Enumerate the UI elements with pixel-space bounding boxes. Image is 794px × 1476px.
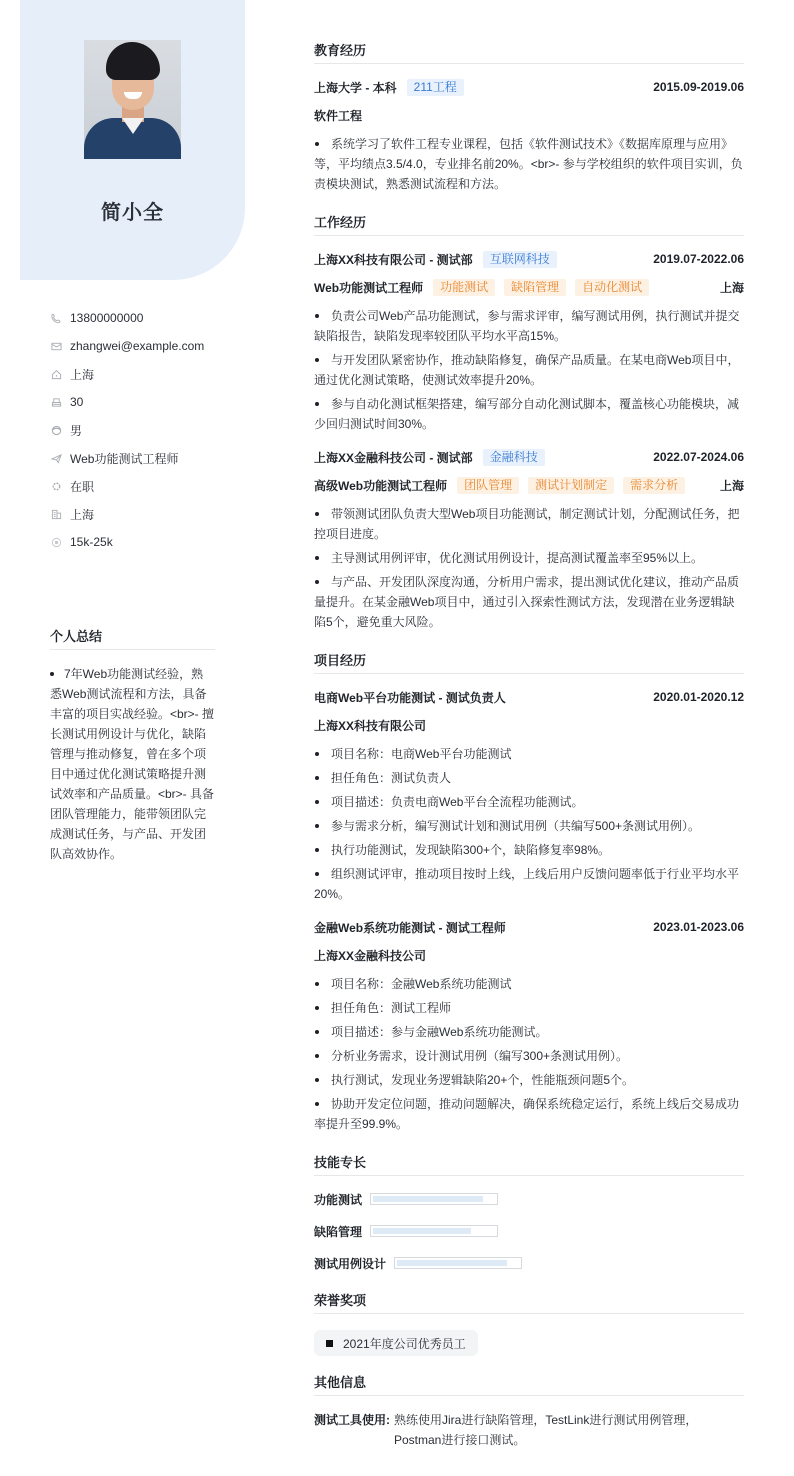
company-name: 上海XX科技有限公司 - 测试部	[314, 251, 473, 268]
project-name: 金融Web系统功能测试 - 测试工程师	[314, 919, 506, 936]
list-item: 执行功能测试，发现缺陷300+个，缺陷修复率98%。	[314, 840, 744, 860]
work-date: 2019.07-2022.06	[653, 252, 744, 266]
building-icon	[50, 508, 62, 520]
list-item: 担任角色：测试工程师	[314, 998, 744, 1018]
skill-name: 缺陷管理	[314, 1223, 362, 1240]
work-location: 上海	[720, 477, 744, 494]
list-item: 执行测试，发现业务逻辑缺陷20+个，性能瓶颈问题5个。	[314, 1070, 744, 1090]
salary-icon	[50, 536, 62, 548]
education-date: 2015.09-2019.06	[653, 80, 744, 94]
award-label: 2021年度公司优秀员工	[343, 1335, 466, 1352]
other-section: 其他信息 测试工具使用: 熟练使用Jira进行缺陷管理，TestLink进行测试…	[314, 1372, 744, 1450]
other-value: 熟练使用Jira进行缺陷管理，TestLink进行测试用例管理，Postman进…	[390, 1410, 744, 1450]
list-item: 与产品、开发团队深度沟通，分析用户需求，提出测试优化建议，推动产品质量提升。在某…	[314, 572, 744, 632]
square-bullet-icon	[326, 1340, 333, 1347]
contact-location-value: 上海	[70, 366, 94, 383]
skill-row: 测试用例设计	[314, 1254, 744, 1272]
awards-title: 荣誉奖项	[314, 1290, 744, 1314]
skill-bar-fill	[373, 1228, 471, 1234]
contact-city: 上海	[50, 500, 240, 528]
work-header: 上海XX科技有限公司 - 测试部 互联网科技 2019.07-2022.06	[314, 250, 744, 268]
contact-gender: 男	[50, 416, 240, 444]
gender-icon	[50, 424, 62, 436]
list-item: 与开发团队紧密协作，推动缺陷修复，确保产品质量。在某电商Web项目中，通过优化测…	[314, 350, 744, 390]
industry-tag: 金融科技	[483, 449, 545, 466]
list-item: 带领测试团队负责大型Web项目功能测试，制定测试计划，分配测试任务，把控项目进度…	[314, 504, 744, 544]
project-date: 2023.01-2023.06	[653, 920, 744, 934]
skill-tag: 团队管理	[457, 477, 519, 494]
company-name: 上海XX金融科技公司 - 测试部	[314, 449, 473, 466]
contact-salary: 15k-25k	[50, 528, 240, 556]
project-name: 电商Web平台功能测试 - 测试负责人	[314, 689, 506, 706]
skill-name: 功能测试	[314, 1191, 362, 1208]
work-bullets: 带领测试团队负责大型Web项目功能测试，制定测试计划，分配测试任务，把控项目进度…	[314, 504, 744, 632]
contact-phone-value: 13800000000	[70, 311, 143, 325]
send-icon	[50, 452, 62, 464]
contact-salary-value: 15k-25k	[70, 535, 113, 549]
contact-city-value: 上海	[70, 506, 94, 523]
contact-list: 13800000000 zhangwei@example.com 上海 30 男…	[50, 304, 240, 556]
skills-section: 技能专长 功能测试 缺陷管理 测试用例设计	[314, 1152, 744, 1272]
education-major-row: 软件工程	[314, 106, 744, 124]
list-item: 分析业务需求，设计测试用例（编写300+条测试用例）。	[314, 1046, 744, 1066]
list-item: 项目描述：参与金融Web系统功能测试。	[314, 1022, 744, 1042]
contact-gender-value: 男	[70, 422, 82, 439]
list-item: 协助开发定位问题，推动问题解决，确保系统稳定运行，系统上线后交易成功率提升至99…	[314, 1094, 744, 1134]
contact-location: 上海	[50, 360, 240, 388]
skill-tag: 缺陷管理	[504, 279, 566, 296]
list-item: 项目描述：负责电商Web平台全流程功能测试。	[314, 792, 744, 812]
bullet-icon	[50, 672, 54, 676]
work-bullets: 负责公司Web产品功能测试，参与需求评审，编写测试用例，执行测试并提交缺陷报告，…	[314, 306, 744, 434]
profile-panel	[20, 0, 245, 280]
skill-bar-fill	[397, 1260, 507, 1266]
project-company-row: 上海XX科技有限公司	[314, 716, 744, 734]
work-item: 上海XX科技有限公司 - 测试部 互联网科技 2019.07-2022.06 W…	[314, 250, 744, 434]
summary-title: 个人总结	[50, 626, 215, 650]
work-location: 上海	[720, 279, 744, 296]
phone-icon	[50, 312, 62, 324]
job-role: 高级Web功能测试工程师	[314, 477, 447, 494]
skill-bar	[394, 1257, 522, 1269]
skill-bar-fill	[373, 1196, 483, 1202]
contact-status-value: 在职	[70, 478, 94, 495]
skill-row: 功能测试	[314, 1190, 744, 1208]
list-item: 参与自动化测试框架搭建，编写部分自动化测试脚本，覆盖核心功能模块，减少回归测试时…	[314, 394, 744, 434]
list-item: 主导测试用例评审，优化测试用例设计，提高测试覆盖率至95%以上。	[314, 548, 744, 568]
project-header: 金融Web系统功能测试 - 测试工程师 2023.01-2023.06	[314, 918, 744, 936]
projects-title: 项目经历	[314, 650, 744, 674]
skill-tag: 功能测试	[433, 279, 495, 296]
work-role-row: 高级Web功能测试工程师 团队管理 测试计划制定 需求分析 上海	[314, 476, 744, 494]
awards-section: 荣誉奖项 2021年度公司优秀员工	[314, 1290, 744, 1372]
work-item: 上海XX金融科技公司 - 测试部 金融科技 2022.07-2024.06 高级…	[314, 448, 744, 632]
project-item: 金融Web系统功能测试 - 测试工程师 2023.01-2023.06 上海XX…	[314, 918, 744, 1134]
work-header: 上海XX金融科技公司 - 测试部 金融科技 2022.07-2024.06	[314, 448, 744, 466]
job-role: Web功能测试工程师	[314, 279, 423, 296]
other-title: 其他信息	[314, 1372, 744, 1396]
mail-icon	[50, 340, 62, 352]
school-tag: 211工程	[407, 79, 464, 96]
skill-tag: 需求分析	[623, 477, 685, 494]
contact-age-value: 30	[70, 395, 83, 409]
contact-position: Web功能测试工程师	[50, 444, 240, 472]
project-company: 上海XX金融科技公司	[314, 947, 426, 964]
project-item: 电商Web平台功能测试 - 测试负责人 2020.01-2020.12 上海XX…	[314, 688, 744, 904]
list-item: 项目名称：金融Web系统功能测试	[314, 974, 744, 994]
project-bullets: 项目名称：电商Web平台功能测试 担任角色：测试负责人 项目描述：负责电商Web…	[314, 744, 744, 904]
project-bullets: 项目名称：金融Web系统功能测试 担任角色：测试工程师 项目描述：参与金融Web…	[314, 974, 744, 1134]
major: 软件工程	[314, 107, 362, 124]
other-item: 测试工具使用: 熟练使用Jira进行缺陷管理，TestLink进行测试用例管理，…	[314, 1410, 744, 1450]
status-icon	[50, 480, 62, 492]
skill-name: 测试用例设计	[314, 1255, 386, 1272]
industry-tag: 互联网科技	[483, 251, 557, 268]
home-icon	[50, 368, 62, 380]
school-name: 上海大学 - 本科	[314, 79, 397, 96]
work-title: 工作经历	[314, 212, 744, 236]
candidate-name: 简小全	[20, 196, 245, 225]
education-title: 教育经历	[314, 40, 744, 64]
skill-tag: 自动化测试	[575, 279, 649, 296]
work-section: 工作经历 上海XX科技有限公司 - 测试部 互联网科技 2019.07-2022…	[314, 212, 744, 632]
contact-status: 在职	[50, 472, 240, 500]
main-content: 教育经历 上海大学 - 本科 211工程 2015.09-2019.06 软件工…	[314, 40, 744, 1468]
list-item: 项目名称：电商Web平台功能测试	[314, 744, 744, 764]
projects-section: 项目经历 电商Web平台功能测试 - 测试负责人 2020.01-2020.12…	[314, 650, 744, 1134]
project-company-row: 上海XX金融科技公司	[314, 946, 744, 964]
list-item: 组织测试评审，推动项目按时上线，上线后用户反馈问题率低于行业平均水平20%。	[314, 864, 744, 904]
list-item: 担任角色：测试负责人	[314, 768, 744, 788]
contact-age: 30	[50, 388, 240, 416]
skill-bar	[370, 1193, 498, 1205]
avatar	[84, 40, 181, 159]
skill-row: 缺陷管理	[314, 1222, 744, 1240]
list-item: 参与需求分析，编写测试计划和测试用例（共编写500+条测试用例）。	[314, 816, 744, 836]
skill-bar	[370, 1225, 498, 1237]
list-item: 系统学习了软件工程专业课程，包括《软件测试技术》《数据库原理与应用》等，平均绩点…	[314, 134, 744, 194]
project-header: 电商Web平台功能测试 - 测试负责人 2020.01-2020.12	[314, 688, 744, 706]
contact-email: zhangwei@example.com	[50, 332, 240, 360]
project-company: 上海XX科技有限公司	[314, 717, 426, 734]
education-header: 上海大学 - 本科 211工程 2015.09-2019.06	[314, 78, 744, 96]
summary-text: 7年Web功能测试经验，熟悉Web测试流程和方法，具备丰富的项目实战经验。<br…	[50, 667, 214, 861]
education-bullets: 系统学习了软件工程专业课程，包括《软件测试技术》《数据库原理与应用》等，平均绩点…	[314, 134, 744, 194]
summary-body: 7年Web功能测试经验，熟悉Web测试流程和方法，具备丰富的项目实战经验。<br…	[50, 664, 215, 864]
other-label: 测试工具使用:	[314, 1410, 390, 1450]
contact-email-value: zhangwei@example.com	[70, 339, 204, 353]
project-date: 2020.01-2020.12	[653, 690, 744, 704]
contact-position-value: Web功能测试工程师	[70, 450, 178, 467]
list-item: 负责公司Web产品功能测试，参与需求评审，编写测试用例，执行测试并提交缺陷报告，…	[314, 306, 744, 346]
work-date: 2022.07-2024.06	[653, 450, 744, 464]
work-role-row: Web功能测试工程师 功能测试 缺陷管理 自动化测试 上海	[314, 278, 744, 296]
contact-phone: 13800000000	[50, 304, 240, 332]
education-section: 教育经历 上海大学 - 本科 211工程 2015.09-2019.06 软件工…	[314, 40, 744, 194]
sidebar: 简小全 13800000000 zhangwei@example.com 上海 …	[0, 0, 260, 1476]
skills-title: 技能专长	[314, 1152, 744, 1176]
skill-tag: 测试计划制定	[528, 477, 614, 494]
age-icon	[50, 396, 62, 408]
summary-section: 个人总结 7年Web功能测试经验，熟悉Web测试流程和方法，具备丰富的项目实战经…	[50, 626, 215, 864]
award-chip: 2021年度公司优秀员工	[314, 1330, 478, 1356]
